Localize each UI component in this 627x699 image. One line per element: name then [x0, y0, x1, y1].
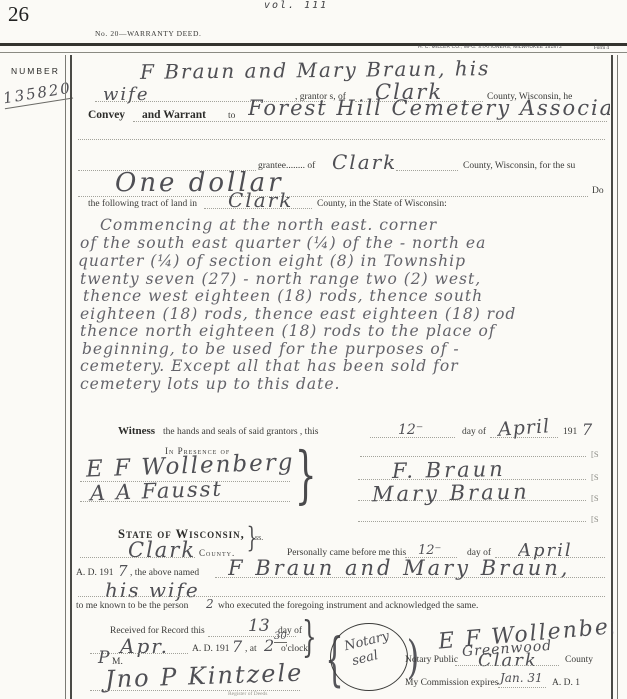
volume-label: vol. 111: [264, 0, 328, 11]
grantee-county: Clark: [332, 150, 397, 174]
description-line: beginning, to be used for the purposes o…: [82, 340, 460, 358]
presence-brace: }: [295, 444, 317, 506]
witness-label: Witness: [118, 425, 155, 437]
known-text-1: to me known to be the person: [76, 601, 188, 611]
dotted-rule: [80, 557, 195, 558]
dotted-rule: [455, 665, 559, 666]
grantee-suffix: County, Wisconsin, for the su: [463, 161, 575, 171]
dotted-rule: [133, 121, 607, 122]
witness-mid: the hands and seals of said grantors , t…: [163, 427, 318, 437]
dotted-rule: [358, 521, 586, 522]
grantee-name: Forest Hill Cemetery Associati: [248, 96, 610, 120]
dotted-rule: [215, 577, 605, 578]
form-title: No. 20—WARRANTY DEED.: [95, 29, 201, 38]
frame-left-inner: [70, 55, 72, 699]
received-ad-label: A. D. 191: [192, 644, 229, 654]
dollars-suffix: Do: [592, 186, 604, 196]
dotted-rule: [78, 196, 588, 197]
deed-page: 26 vol. 111 No. 20—WARRANTY DEED. H. C. …: [0, 0, 627, 699]
known-text-2: who executed the foregoing instrument an…: [218, 601, 478, 611]
frame-right-inner: [611, 55, 613, 699]
witness-day: 12⁻: [398, 422, 423, 438]
ack-county-written: Clark: [128, 538, 196, 562]
received-hour: 2: [264, 636, 274, 655]
witness-year-written: 7: [582, 420, 592, 439]
register-signature: Jno P Kintzele: [105, 659, 304, 694]
seal-mark: [S: [591, 493, 599, 503]
received-month: Apr.: [120, 634, 169, 658]
description-line: thence north eighteen (18) rods to the p…: [80, 322, 496, 340]
dotted-rule: [78, 139, 605, 140]
dotted-rule: [80, 501, 290, 502]
witness-year-printed: 191: [563, 427, 577, 437]
warrant-label: and Warrant: [142, 109, 206, 121]
ack-named-parties2: his wife: [105, 578, 200, 602]
notary-county-written: Clark: [478, 650, 538, 671]
description-line: eighteen (18) rods, thence east eighteen…: [80, 305, 516, 323]
description-line: quarter (¼) of section eight (8) in Town…: [78, 252, 466, 270]
stationer-form-number: Form 4: [594, 45, 609, 51]
frame-left-outer: [65, 55, 66, 699]
commission-ad: A. D. 1: [552, 678, 580, 688]
received-at-label: , at: [245, 644, 257, 654]
oclock-label: o'clock: [281, 644, 308, 654]
description-line: cemetery lots up to this date.: [80, 375, 340, 393]
seal-mark: [S: [591, 472, 599, 482]
witness-day-of: day of: [462, 427, 486, 437]
number-label: NUMBER: [11, 66, 60, 76]
seal-mark: [S: [591, 514, 599, 524]
ss-label: ss.: [255, 533, 263, 542]
description-line: thence west eighteen (18) rods, thence s…: [83, 287, 483, 305]
tract-suffix: County, in the State of Wisconsin:: [317, 199, 447, 209]
top-rule-thin: [0, 52, 627, 53]
convey-label: Convey: [88, 109, 125, 121]
witness-month: April: [497, 415, 551, 441]
page-number: 26: [8, 2, 29, 27]
ack-ad-label: A. D. 191: [76, 568, 113, 578]
above-named-label: , the above named: [130, 568, 199, 578]
dotted-rule: [396, 170, 458, 171]
to-label: to: [228, 111, 235, 121]
stationer-imprint: H. C. MILLER CO., MFG. STATIONERS, MILWA…: [418, 45, 562, 50]
grantor-signature-1: F. Braun: [392, 457, 506, 483]
dotted-rule: [78, 596, 605, 597]
dotted-rule: [90, 690, 300, 691]
seal-mark: [S: [591, 449, 599, 459]
notary-county-label: County: [565, 655, 593, 665]
commission-date: Jan. 31: [500, 671, 543, 685]
dotted-rule: [204, 208, 312, 209]
commission-label: My Commission expires: [405, 678, 498, 688]
register-caption: Register of Deeds: [228, 691, 267, 697]
description-line: cemetery. Except all that has been sold …: [80, 357, 459, 375]
tract-label: the following tract of land in: [88, 199, 197, 209]
known-number: 2: [206, 597, 214, 611]
description-line: of the south east quarter (¼) of the - n…: [80, 234, 486, 252]
received-minutes: 30: [274, 631, 287, 643]
description-line: Commencing at the north east. corner: [100, 216, 437, 234]
frame-right-outer: [617, 55, 618, 699]
grantor-signature-2: Mary Braun: [372, 480, 530, 507]
description-line: twenty seven (27) - north range two (2) …: [80, 270, 481, 288]
dotted-rule: [498, 687, 546, 688]
notary-public-label: Notary Public: [405, 655, 458, 665]
received-day: 13: [248, 616, 270, 636]
received-year-written: 7: [232, 637, 242, 656]
document-number: 135820: [2, 79, 74, 110]
